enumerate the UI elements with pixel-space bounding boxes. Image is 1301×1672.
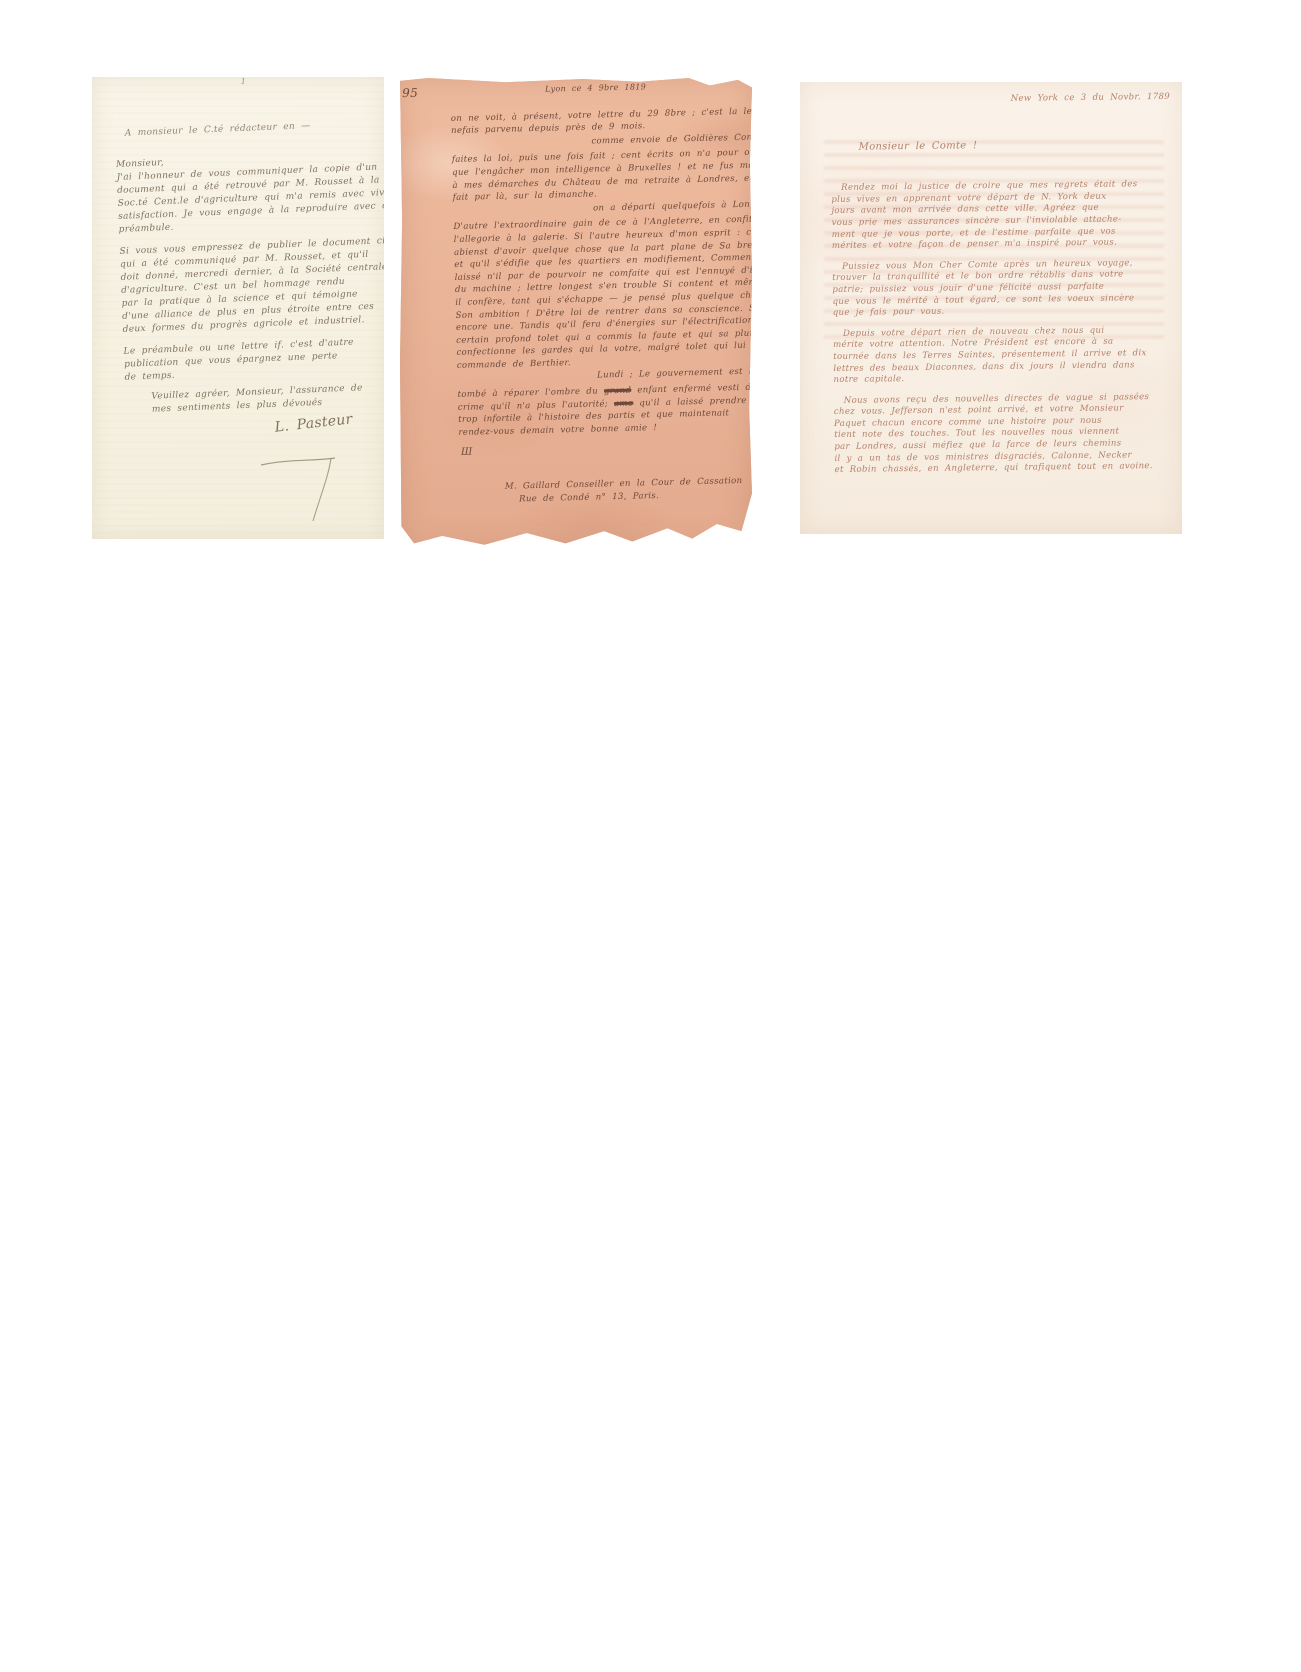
handwriting-line: comme envoie de Goldières Comme me <box>591 131 749 147</box>
signature-flourish <box>257 455 341 525</box>
date: Lyon ce 4 9bre 1819 <box>545 79 748 97</box>
rline: comme envoie de Goldières Comme me <box>591 131 749 147</box>
heading: A monsieur le C.té rédacteur en — <box>125 117 377 140</box>
para: Puissiez vous Mon Cher Comte après un he… <box>832 258 1177 320</box>
signature: L. Pasteur <box>274 409 384 434</box>
scanned-letters-page: { "page": { "background": "#ffffff" }, "… <box>0 0 1301 1672</box>
handwriting-line: A monsieur le C.té rédacteur en — <box>125 117 377 140</box>
para: D'autre l'extraordinaire gain de ce à l'… <box>453 214 752 372</box>
handwriting-line: 95 <box>402 87 418 100</box>
text-layer: 95Lyon ce 4 9bre 1819on ne voit, à prése… <box>450 79 752 550</box>
text-layer: 1A monsieur le C.té rédacteur en —Monsie… <box>114 102 384 538</box>
para: faites la loi, puis une fois fait ; cent… <box>452 147 751 205</box>
handwriting-line: Lyon ce 4 9bre 1819 <box>545 79 748 97</box>
handwriting-line: Monsieur le Comte ! <box>859 137 1175 152</box>
mark: Ш <box>461 440 752 460</box>
text-layer: New York ce 3 du Novbr. 1789Monsieur le … <box>830 90 1179 534</box>
handwriting-line: on a départi quelquefois à Longinières <box>593 198 751 214</box>
handwriting-line: et Robin chassés, en Angleterre, qui tra… <box>835 461 1179 477</box>
handwriting-line: 1 <box>241 77 247 88</box>
para: Nous avons reçu des nouvelles directes d… <box>834 391 1179 476</box>
salutation: Monsieur le Comte ! <box>859 137 1175 152</box>
para: Le préambule ou une lettre if. c'est d'a… <box>123 335 384 384</box>
address: M. Gaillard Conseiller en la Cour de Cas… <box>505 475 752 506</box>
handwriting-line: Lundi ; Le gouvernement est bien <box>597 366 752 382</box>
rline: on a départi quelquefois à Longinières <box>593 198 751 214</box>
pagenum: 95 <box>402 87 418 100</box>
para: Depuis votre départ rien de nouveau chez… <box>833 324 1178 386</box>
letter-page-newyork: New York ce 3 du Novbr. 1789Monsieur le … <box>800 82 1182 534</box>
handwriting-line: Ш <box>461 440 752 460</box>
handwriting-line: New York ce 3 du Novbr. 1789 <box>830 92 1170 108</box>
para: J'ai l'honneur de vous communiquer la co… <box>116 161 380 236</box>
para: Rendez moi la justice de croire que mes … <box>831 179 1176 253</box>
pagenum: 1 <box>241 77 247 88</box>
letter-page-gaillard: 95Lyon ce 4 9bre 1819on ne voit, à prése… <box>400 78 752 550</box>
para: Si vous vous empressez de publier le doc… <box>119 235 384 336</box>
para: tombé à réparer l'ombre du grand enfant … <box>457 382 752 440</box>
handwriting-line: L. Pasteur <box>274 409 384 434</box>
rline: Lundi ; Le gouvernement est bien <box>597 366 752 382</box>
letter-page-pasteur: 1A monsieur le C.té rédacteur en —Monsie… <box>92 77 384 539</box>
date: New York ce 3 du Novbr. 1789 <box>830 92 1170 108</box>
